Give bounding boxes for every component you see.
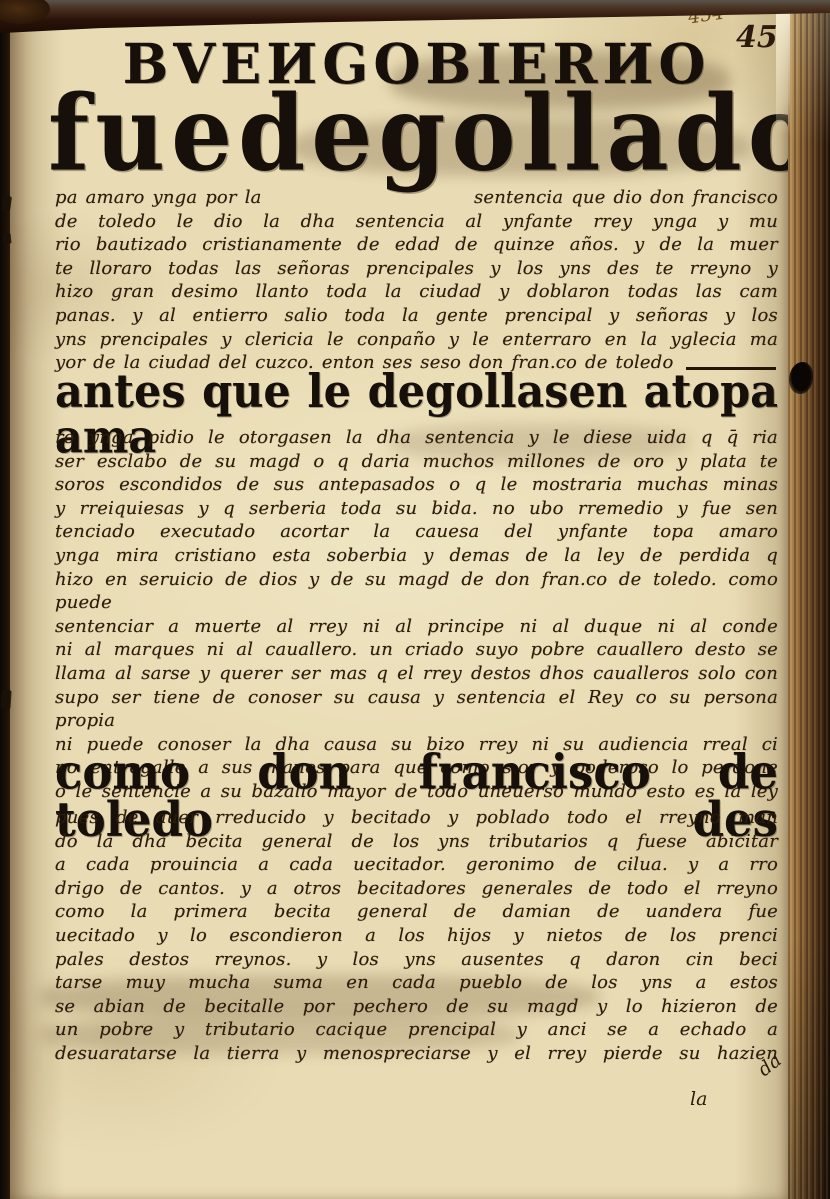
manuscript-line: hizo en seruicio de dios y de su magd de… bbox=[55, 568, 778, 615]
paragraph-1: pa amaro ynga por la sentencia que dio d… bbox=[55, 186, 778, 375]
manuscript-scan: 454 45 BVEИGOBIERИO fuedegolladoto pa am… bbox=[0, 0, 830, 1199]
manuscript-line: panas. y al entierro salio toda la gente… bbox=[55, 304, 778, 328]
manuscript-line: ser esclabo de su magd o q daria muchos … bbox=[55, 450, 778, 474]
manuscript-line: ynga mira cristiano esta soberbia y dema… bbox=[55, 544, 778, 568]
manuscript-line: se abian de becitalle por pechero de su … bbox=[55, 995, 778, 1019]
manuscript-line: te lloraro todas las señoras prencipales… bbox=[55, 257, 778, 281]
manuscript-line: de toledo le dio la dha sentencia al ynf… bbox=[55, 210, 778, 234]
manuscript-line: llama al sarse y querer ser mas q el rre… bbox=[55, 662, 778, 686]
manuscript-line: pues de auer rreducido y becitado y pobl… bbox=[55, 806, 778, 830]
manuscript-line: pa amaro ynga por la sentencia que dio d… bbox=[55, 186, 778, 210]
manuscript-line: yns prencipales y clericia le conpaño y … bbox=[55, 328, 778, 352]
catchword: la bbox=[690, 1088, 707, 1110]
manuscript-line: rio bautizado cristianamente de edad de … bbox=[55, 233, 778, 257]
chapter-heading-giant: fuedegolladoto bbox=[48, 82, 830, 186]
manuscript-line: do la dha becita general de los yns trib… bbox=[55, 830, 778, 854]
manuscript-line: sentenciar a muerte al rrey ni al princi… bbox=[55, 615, 778, 639]
manuscript-line: como la primera becita general de damian… bbox=[55, 900, 778, 924]
line-fragment: pa amaro ynga por la bbox=[55, 186, 262, 210]
manuscript-line: y rreiquiesas y q serberia toda su bida.… bbox=[55, 497, 778, 521]
folio-number-large: 45 bbox=[736, 20, 778, 55]
page-edge-highlight bbox=[776, 0, 790, 135]
manuscript-line: ro ynga pidio le otorgasen la dha senten… bbox=[55, 426, 778, 450]
manuscript-line: desuaratarse la tierra y menospreciarse … bbox=[55, 1042, 778, 1066]
line-fragment: sentencia que dio don francisco bbox=[474, 186, 778, 210]
manuscript-line: hizo gran desimo llanto toda la ciudad y… bbox=[55, 280, 778, 304]
manuscript-line: pales destos rreynos. y los yns ausentes… bbox=[55, 948, 778, 972]
manuscript-line: soros escondidos de sus antepasados o q … bbox=[55, 473, 778, 497]
stitch-mark bbox=[0, 690, 11, 710]
stitch-mark bbox=[2, 233, 11, 245]
binding-strip bbox=[0, 0, 10, 1199]
manuscript-line: un pobre y tributario cacique prencipal … bbox=[55, 1018, 778, 1042]
fore-edge bbox=[788, 0, 830, 1199]
manuscript-line: uecitado y lo escondieron a los hijos y … bbox=[55, 924, 778, 948]
manuscript-line: tarse muy mucha suma en cada pueblo de l… bbox=[55, 971, 778, 995]
manuscript-line: drigo de cantos. y a otros becitadores g… bbox=[55, 877, 778, 901]
paragraph-3: pues de auer rreducido y becitado y pobl… bbox=[55, 806, 778, 1066]
manuscript-line: a cada prouincia a cada uecitador. geron… bbox=[55, 853, 778, 877]
page: 454 45 BVEИGOBIERИO fuedegolladoto pa am… bbox=[10, 0, 788, 1199]
manuscript-line: tenciado executado acortar la cauesa del… bbox=[55, 520, 778, 544]
manuscript-line: ni al marques ni al cauallero. un criado… bbox=[55, 638, 778, 662]
manuscript-line: supo ser tiene de conoser su causa y sen… bbox=[55, 686, 778, 733]
